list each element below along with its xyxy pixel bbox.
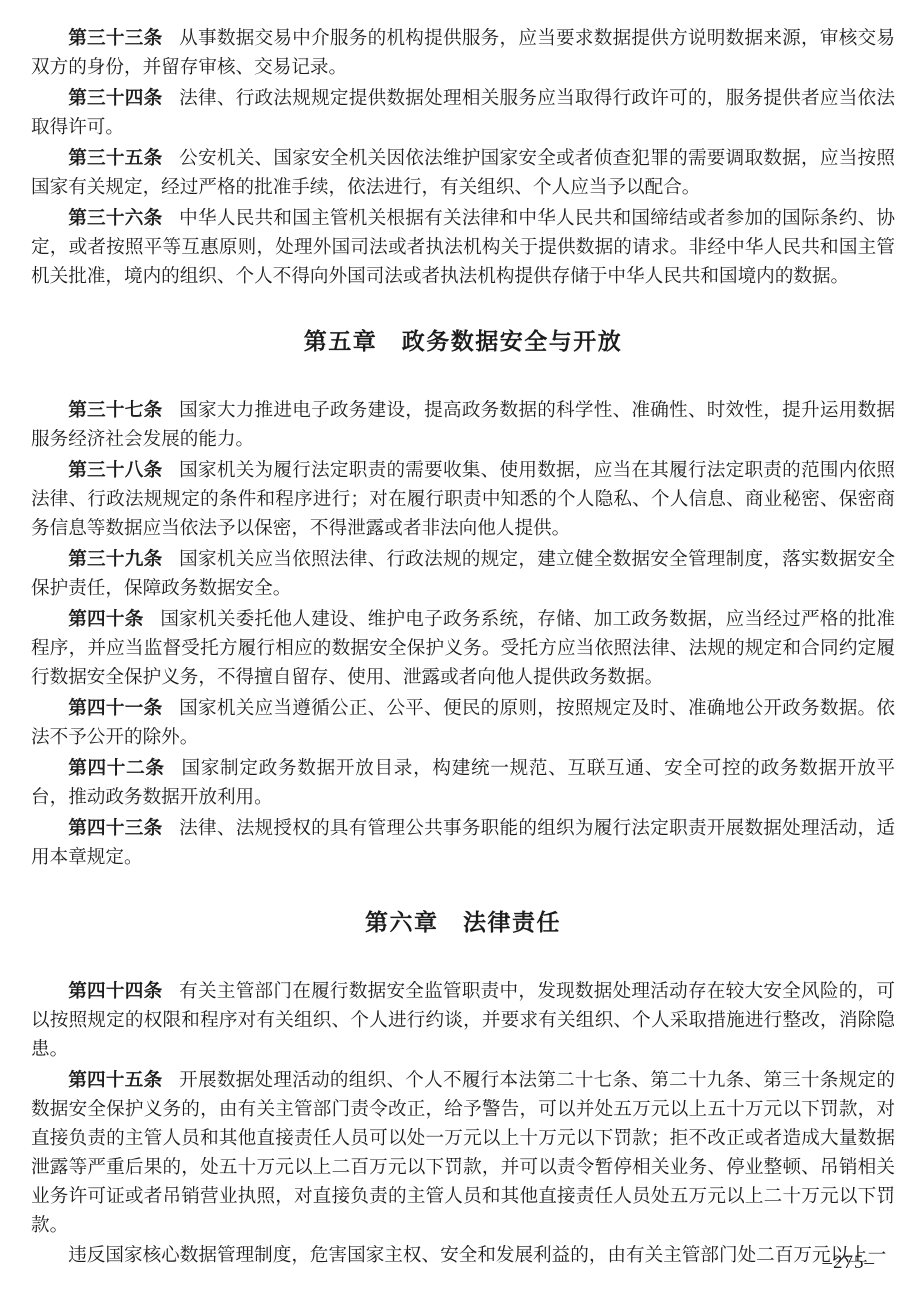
article-40-number: 第四十条 bbox=[68, 608, 143, 629]
chapter-6-heading: 第六章 法律责任 bbox=[31, 906, 895, 939]
article-35-number: 第三十五条 bbox=[68, 147, 162, 168]
document-page: 第三十三条从事数据交易中介服务的机构提供服务，应当要求数据提供方说明数据来源，审… bbox=[31, 22, 895, 1271]
article-45-number: 第四十五条 bbox=[68, 1069, 162, 1090]
article-36-number: 第三十六条 bbox=[68, 207, 162, 228]
article-38-number: 第三十八条 bbox=[68, 459, 162, 480]
page-number: –275– bbox=[823, 1252, 876, 1274]
law-article-34: 第三十四条法律、行政法规规定提供数据处理相关服务应当取得行政许可的，服务提供者应… bbox=[31, 83, 895, 142]
article-40-text: 国家机关委托他人建设、维护电子政务系统，存储、加工政务数据，应当经过严格的批准程… bbox=[31, 609, 895, 688]
article-41-number: 第四十一条 bbox=[68, 697, 162, 718]
article-45-text: 开展数据处理活动的组织、个人不履行本法第二十七条、第二十九条、第三十条规定的数据… bbox=[31, 1070, 895, 1236]
law-article-43: 第四十三条法律、法规授权的具有管理公共事务职能的组织为履行法定职责开展数据处理活… bbox=[31, 813, 895, 872]
law-article-44: 第四十四条有关主管部门在履行数据安全监管职责中，发现数据处理活动存在较大安全风险… bbox=[31, 976, 895, 1064]
law-article-39: 第三十九条国家机关应当依照法律、行政法规的规定，建立健全数据安全管理制度，落实数… bbox=[31, 544, 895, 603]
chapter-5-heading: 第五章 政务数据安全与开放 bbox=[31, 325, 895, 358]
article-42-number: 第四十二条 bbox=[68, 757, 165, 778]
law-article-33: 第三十三条从事数据交易中介服务的机构提供服务，应当要求数据提供方说明数据来源，审… bbox=[31, 23, 895, 82]
law-article-35: 第三十五条公安机关、国家安全机关因依法维护国家安全或者侦查犯罪的需要调取数据，应… bbox=[31, 143, 895, 202]
article-43-number: 第四十三条 bbox=[68, 817, 162, 838]
article-44-number: 第四十四条 bbox=[68, 980, 162, 1001]
law-paragraph-continuation: 违反国家核心数据管理制度，危害国家主权、安全和发展利益的，由有关主管部门处二百万… bbox=[31, 1241, 895, 1270]
continuation-text: 违反国家核心数据管理制度，危害国家主权、安全和发展利益的，由有关主管部门处二百万… bbox=[68, 1245, 886, 1266]
law-article-37: 第三十七条国家大力推进电子政务建设，提高政务数据的科学性、准确性、时效性，提升运… bbox=[31, 395, 895, 454]
law-article-36: 第三十六条中华人民共和国主管机关根据有关法律和中华人民共和国缔结或者参加的国际条… bbox=[31, 203, 895, 291]
law-article-41: 第四十一条国家机关应当遵循公正、公平、便民的原则，按照规定及时、准确地公开政务数… bbox=[31, 693, 895, 752]
article-39-number: 第三十九条 bbox=[68, 548, 162, 569]
law-article-45: 第四十五条开展数据处理活动的组织、个人不履行本法第二十七条、第二十九条、第三十条… bbox=[31, 1065, 895, 1240]
law-article-40: 第四十条国家机关委托他人建设、维护电子政务系统，存储、加工政务数据，应当经过严格… bbox=[31, 604, 895, 692]
article-33-number: 第三十三条 bbox=[68, 27, 162, 48]
article-34-number: 第三十四条 bbox=[68, 87, 162, 108]
law-article-38: 第三十八条国家机关为履行法定职责的需要收集、使用数据，应当在其履行法定职责的范围… bbox=[31, 455, 895, 543]
law-article-42: 第四十二条国家制定政务数据开放目录，构建统一规范、互联互通、安全可控的政务数据开… bbox=[31, 753, 895, 812]
article-37-number: 第三十七条 bbox=[68, 399, 162, 420]
